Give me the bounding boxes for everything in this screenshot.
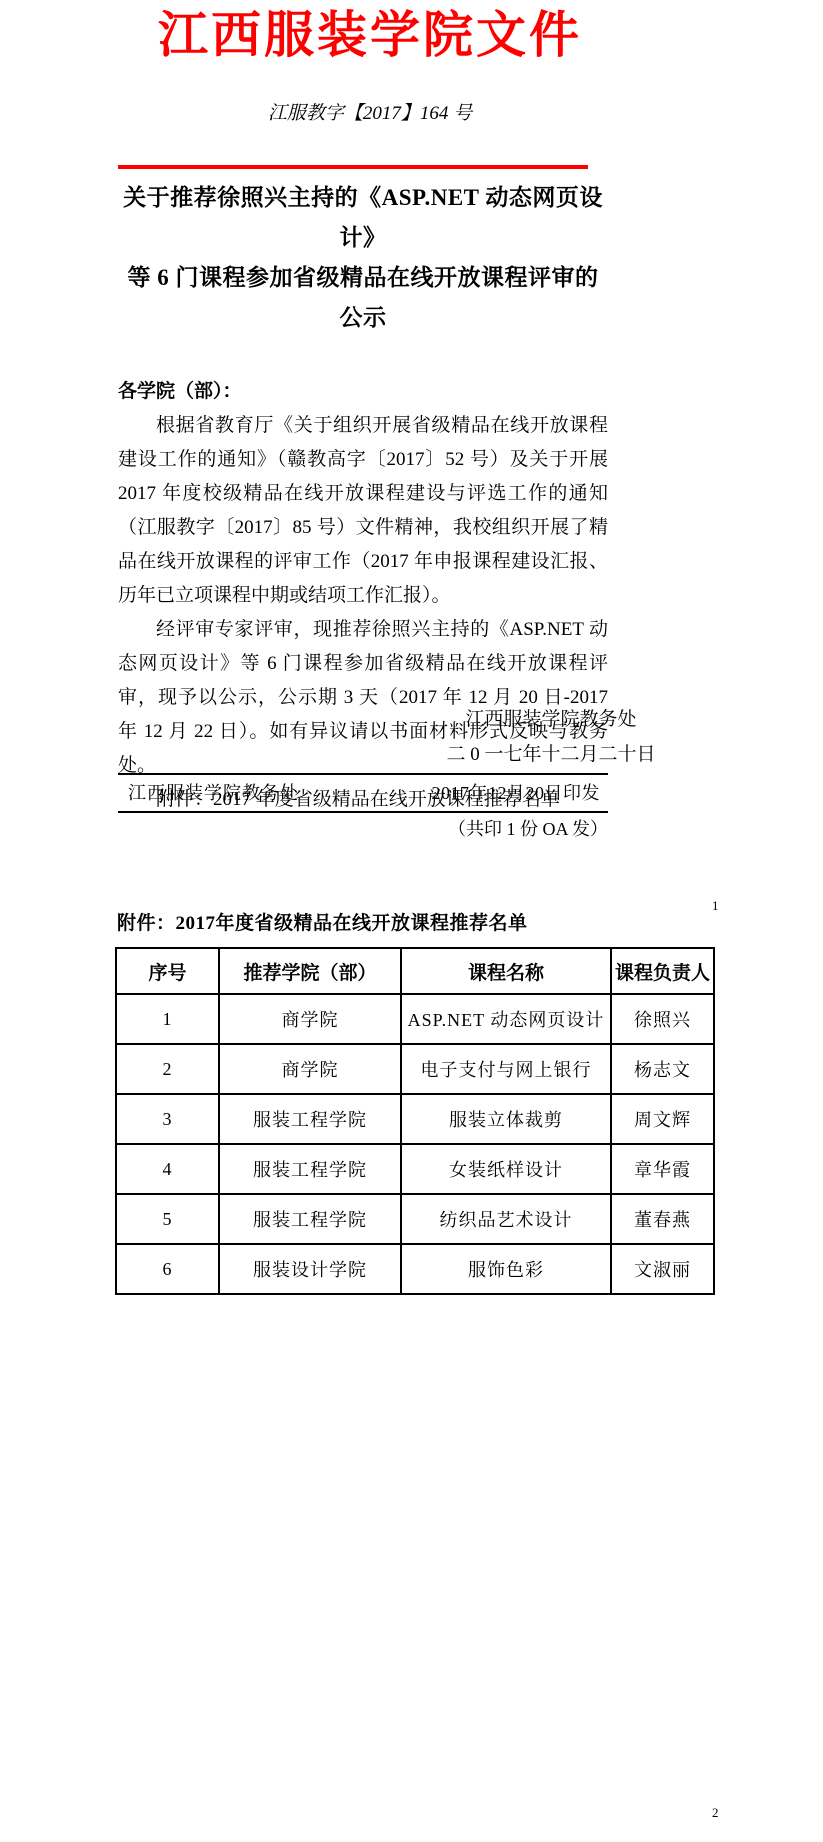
- colophon: 江西服装学院教务处 2017年12月20日印发: [118, 773, 608, 813]
- cell-leader: 董春燕: [611, 1194, 714, 1244]
- cell-index: 2: [116, 1044, 219, 1094]
- attachment-caption: 附件：2017年度省级精品在线开放课程推荐名单: [115, 910, 713, 938]
- red-divider-line: [118, 165, 588, 169]
- body-paragraph-1: 根据省教育厅《关于组织开展省级精品在线开放课程建设工作的通知》（赣教高字〔201…: [118, 409, 608, 613]
- header-cell-leader: 课程负责人: [611, 948, 714, 994]
- document-page: 江西服装学院文件 江服教字【2017】164 号 关于推荐徐照兴主持的《ASP.…: [0, 0, 823, 1842]
- colophon-copies: （共印 1 份 OA 发）: [118, 817, 608, 841]
- cell-course: ASP.NET 动态网页设计: [401, 994, 611, 1044]
- recommendation-table: 序号 推荐学院（部） 课程名称 课程负责人 1 商学院 ASP.NET 动态网页…: [115, 947, 715, 1295]
- cell-course: 服饰色彩: [401, 1244, 611, 1294]
- table-row: 4 服装工程学院 女装纸样设计 章华霞: [116, 1144, 714, 1194]
- signature-date: 二 0 一七年十二月二十日: [437, 737, 665, 772]
- letterhead: 江西服装学院文件: [0, 6, 740, 64]
- table-row: 1 商学院 ASP.NET 动态网页设计 徐照兴: [116, 994, 714, 1044]
- colophon-row: 江西服装学院教务处 2017年12月20日印发: [118, 775, 608, 811]
- cell-college: 服装工程学院: [219, 1094, 401, 1144]
- cell-leader: 徐照兴: [611, 994, 714, 1044]
- signature-org: 江西服装学院教务处: [437, 702, 665, 737]
- cell-index: 1: [116, 994, 219, 1044]
- cell-course: 女装纸样设计: [401, 1144, 611, 1194]
- agency-banner-title: 江西服装学院文件: [0, 6, 740, 64]
- cell-college: 服装设计学院: [219, 1244, 401, 1294]
- cell-course: 电子支付与网上银行: [401, 1044, 611, 1094]
- document-title-line2: 等 6 门课程参加省级精品在线开放课程评审的公示: [118, 258, 608, 338]
- cell-college: 服装工程学院: [219, 1194, 401, 1244]
- colophon-print-date: 2017年12月20日印发: [432, 782, 601, 804]
- document-title: 关于推荐徐照兴主持的《ASP.NET 动态网页设计》 等 6 门课程参加省级精品…: [118, 178, 608, 338]
- cell-college: 服装工程学院: [219, 1144, 401, 1194]
- colophon-issuer: 江西服装学院教务处: [128, 782, 299, 804]
- table-row: 3 服装工程学院 服装立体裁剪 周文辉: [116, 1094, 714, 1144]
- header-cell-index: 序号: [116, 948, 219, 994]
- cell-index: 4: [116, 1144, 219, 1194]
- table-row: 5 服装工程学院 纺织品艺术设计 董春燕: [116, 1194, 714, 1244]
- cell-leader: 杨志文: [611, 1044, 714, 1094]
- cell-college: 商学院: [219, 994, 401, 1044]
- cell-course: 服装立体裁剪: [401, 1094, 611, 1144]
- header-cell-college: 推荐学院（部）: [219, 948, 401, 994]
- header-cell-course: 课程名称: [401, 948, 611, 994]
- table-row: 6 服装设计学院 服饰色彩 文淑丽: [116, 1244, 714, 1294]
- attachment-section: 附件：2017年度省级精品在线开放课程推荐名单 序号 推荐学院（部） 课程名称 …: [115, 910, 713, 1295]
- page-number-2: 2: [712, 1806, 719, 1820]
- document-title-line1: 关于推荐徐照兴主持的《ASP.NET 动态网页设计》: [118, 178, 608, 258]
- signature-block: 江西服装学院教务处 二 0 一七年十二月二十日: [437, 702, 665, 772]
- cell-course: 纺织品艺术设计: [401, 1194, 611, 1244]
- cell-index: 5: [116, 1194, 219, 1244]
- cell-leader: 周文辉: [611, 1094, 714, 1144]
- document-number: 江服教字【2017】164 号: [0, 101, 740, 127]
- cell-college: 商学院: [219, 1044, 401, 1094]
- salutation: 各学院（部）：: [118, 375, 608, 409]
- cell-leader: 章华霞: [611, 1144, 714, 1194]
- cell-leader: 文淑丽: [611, 1244, 714, 1294]
- table-header-row: 序号 推荐学院（部） 课程名称 课程负责人: [116, 948, 714, 994]
- table-row: 2 商学院 电子支付与网上银行 杨志文: [116, 1044, 714, 1094]
- cell-index: 3: [116, 1094, 219, 1144]
- cell-index: 6: [116, 1244, 219, 1294]
